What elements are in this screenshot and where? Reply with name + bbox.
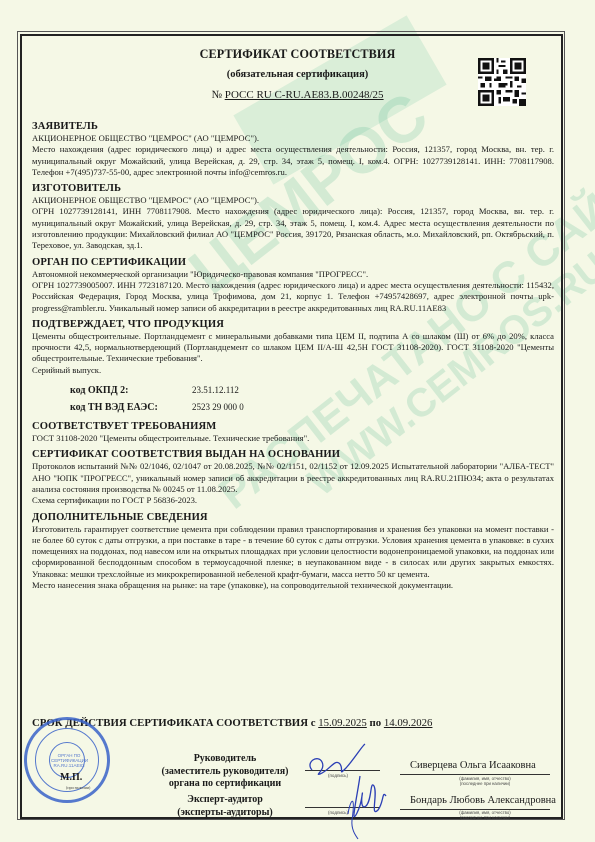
- head-name-caption: (фамилия, имя, отчество) (последнее при …: [430, 776, 540, 786]
- applicant-heading: ЗАЯВИТЕЛЬ: [32, 120, 554, 133]
- name-caption-line: (последнее при наличии): [430, 815, 540, 820]
- code-row-tnved: код ТН ВЭД ЕАЭС: 2523 29 000 0: [70, 399, 554, 416]
- expert-name-caption: (фамилия, имя, отчество) (последнее при …: [430, 810, 540, 820]
- head-name: Сиверцева Ольга Исааковна: [410, 760, 536, 771]
- validity-to-date: 14.09.2026: [384, 717, 433, 729]
- stamp-center-text: ОРГАН ПО СЕРТИФИКАЦИИ RA.RU.11AE83: [51, 753, 87, 768]
- certification-body-heading: ОРГАН ПО СЕРТИФИКАЦИИ: [32, 256, 554, 269]
- qr-code-icon[interactable]: [478, 58, 526, 106]
- section-requirements: СООТВЕТСТВУЕТ ТРЕБОВАНИЯМ ГОСТ 31108-202…: [32, 420, 554, 444]
- code-value: 23.51.12.112: [192, 382, 239, 399]
- code-label: код ТН ВЭД ЕАЭС:: [70, 399, 192, 416]
- product-heading: ПОДТВЕРЖДАЕТ, ЧТО ПРОДУКЦИЯ: [32, 318, 554, 331]
- product-description: Цементы общестроительные. Портландцемент…: [32, 331, 554, 365]
- validity-to-word: по: [370, 717, 382, 729]
- section-manufacturer: ИЗГОТОВИТЕЛЬ АКЦИОНЕРНОЕ ОБЩЕСТВО "ЦЕМРО…: [32, 182, 554, 251]
- certificate-body: ЗАЯВИТЕЛЬ АКЦИОНЕРНОЕ ОБЩЕСТВО "ЦЕМРОС" …: [32, 120, 554, 595]
- head-name-line: [400, 774, 550, 775]
- validity-from-word: с: [311, 717, 316, 729]
- basis-scheme: Схема сертификации по ГОСТ Р 56836-2023.: [32, 495, 554, 506]
- additional-marking: Место нанесения знака обращения на рынке…: [32, 580, 554, 591]
- code-label: код ОКПД 2:: [70, 382, 192, 399]
- applicant-name: АКЦИОНЕРНОЕ ОБЩЕСТВО "ЦЕМРОС" (АО "ЦЕМРО…: [32, 133, 554, 144]
- requirements-text: ГОСТ 31108-2020 "Цементы общестроительны…: [32, 433, 554, 444]
- manufacturer-details: ОГРН 1027739128141, ИНН 7708117908. Мест…: [32, 206, 554, 251]
- requirements-heading: СООТВЕТСТВУЕТ ТРЕБОВАНИЯМ: [32, 420, 554, 433]
- number-prefix: №: [211, 89, 222, 101]
- section-product: ПОДТВЕРЖДАЕТ, ЧТО ПРОДУКЦИЯ Цементы обще…: [32, 318, 554, 416]
- head-role: Руководитель (заместитель руководителя) …: [135, 753, 315, 791]
- section-applicant: ЗАЯВИТЕЛЬ АКЦИОНЕРНОЕ ОБЩЕСТВО "ЦЕМРОС" …: [32, 120, 554, 178]
- expert-role: Эксперт-аудитор (эксперты-аудиторы): [135, 794, 315, 819]
- expert-role-line: (эксперты-аудиторы): [135, 807, 315, 820]
- additional-storage: Изготовитель гарантирует соответствие це…: [32, 524, 554, 580]
- basis-heading: СЕРТИФИКАТ СООТВЕТСТВИЯ ВЫДАН НА ОСНОВАН…: [32, 448, 554, 461]
- stamp-sublabel: (при наличии): [66, 785, 90, 790]
- stamp-label: М.П.: [60, 772, 82, 783]
- applicant-details: Место нахождения (адрес юридического лиц…: [32, 144, 554, 178]
- expert-name: Бондарь Любовь Александровна: [410, 795, 556, 806]
- validity-from-date: 15.09.2025: [318, 717, 367, 729]
- seal-stamp-icon: ОРГАН ПО СЕРТИФИКАЦИИ RA.RU.11AE83: [24, 717, 110, 803]
- section-basis: СЕРТИФИКАТ СООТВЕТСТВИЯ ВЫДАН НА ОСНОВАН…: [32, 448, 554, 506]
- head-role-line: Руководитель: [135, 753, 315, 766]
- number-value: РОСС RU C-RU.АЕ83.В.00248/25: [225, 89, 384, 101]
- signature-icon: [300, 740, 410, 840]
- head-role-line: (заместитель руководителя): [135, 766, 315, 779]
- name-caption-line: (последнее при наличии): [430, 781, 540, 786]
- basis-protocols: Протоколов испытаний №№ 02/1046, 02/1047…: [32, 461, 554, 495]
- code-value: 2523 29 000 0: [192, 399, 244, 416]
- certification-body-name: Автономной некоммерческой организации "Ю…: [32, 269, 554, 280]
- product-codes: код ОКПД 2: 23.51.12.112 код ТН ВЭД ЕАЭС…: [70, 382, 554, 416]
- code-row-okpd: код ОКПД 2: 23.51.12.112: [70, 382, 554, 399]
- certification-body-details: ОГРН 1027739005007. ИНН 7723187120. Мест…: [32, 280, 554, 314]
- manufacturer-heading: ИЗГОТОВИТЕЛЬ: [32, 182, 554, 195]
- section-certification-body: ОРГАН ПО СЕРТИФИКАЦИИ Автономной некомме…: [32, 256, 554, 314]
- manufacturer-name: АКЦИОНЕРНОЕ ОБЩЕСТВО "ЦЕМРОС" (АО "ЦЕМРО…: [32, 195, 554, 206]
- section-additional: ДОПОЛНИТЕЛЬНЫЕ СВЕДЕНИЯ Изготовитель гар…: [32, 511, 554, 592]
- product-release-type: Серийный выпуск.: [32, 365, 554, 376]
- additional-heading: ДОПОЛНИТЕЛЬНЫЕ СВЕДЕНИЯ: [32, 511, 554, 524]
- expert-role-line: Эксперт-аудитор: [135, 794, 315, 807]
- head-role-line: органа по сертификации: [135, 778, 315, 791]
